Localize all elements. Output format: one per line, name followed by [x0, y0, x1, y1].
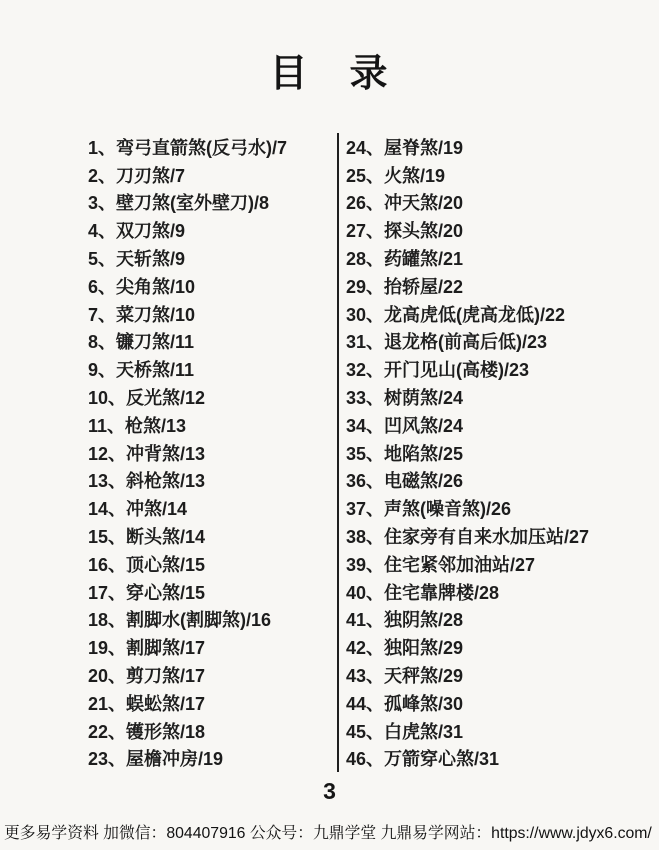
toc-entry: 42、独阳煞/29 [346, 633, 659, 661]
toc-entry: 25、火煞/19 [346, 161, 659, 189]
toc-entry: 24、屋脊煞/19 [346, 133, 659, 161]
toc-entry: 43、天秤煞/29 [346, 661, 659, 689]
toc-entry: 11、枪煞/13 [88, 411, 337, 439]
toc-entry: 13、斜枪煞/13 [88, 467, 337, 495]
toc-entry: 16、顶心煞/15 [88, 550, 337, 578]
toc-entry: 8、镰刀煞/11 [88, 328, 337, 356]
toc-entry: 33、树荫煞/24 [346, 383, 659, 411]
toc-entry: 6、尖角煞/10 [88, 272, 337, 300]
toc-entry: 46、万箭穿心煞/31 [346, 745, 659, 773]
toc-entry: 37、声煞(噪音煞)/26 [346, 494, 659, 522]
toc-entry: 38、住家旁有自来水加压站/27 [346, 522, 659, 550]
toc-entry: 41、独阴煞/28 [346, 606, 659, 634]
toc-entry: 15、断头煞/14 [88, 522, 337, 550]
toc-entry: 7、菜刀煞/10 [88, 300, 337, 328]
toc-entry: 14、冲煞/14 [88, 494, 337, 522]
toc-entry: 31、退龙格(前高后低)/23 [346, 328, 659, 356]
toc-entry: 10、反光煞/12 [88, 383, 337, 411]
toc-entry: 2、刀刃煞/7 [88, 161, 337, 189]
table-of-contents: 1、弯弓直箭煞(反弓水)/7 2、刀刃煞/7 3、壁刀煞(室外壁刀)/8 4、双… [0, 133, 659, 772]
toc-entry: 29、抬轿屋/22 [346, 272, 659, 300]
toc-entry: 27、探头煞/20 [346, 216, 659, 244]
toc-entry: 39、住宅紧邻加油站/27 [346, 550, 659, 578]
toc-entry: 40、住宅靠牌楼/28 [346, 578, 659, 606]
toc-entry: 28、药罐煞/21 [346, 244, 659, 272]
toc-entry: 20、剪刀煞/17 [88, 661, 337, 689]
toc-entry: 1、弯弓直箭煞(反弓水)/7 [88, 133, 337, 161]
toc-entry: 23、屋檐冲房/19 [88, 745, 337, 773]
toc-entry: 21、蜈蚣煞/17 [88, 689, 337, 717]
toc-entry: 3、壁刀煞(室外壁刀)/8 [88, 189, 337, 217]
page-title: 目 录 [0, 0, 659, 97]
toc-entry: 18、割脚水(割脚煞)/16 [88, 606, 337, 634]
toc-entry: 12、冲背煞/13 [88, 439, 337, 467]
toc-entry: 5、天斩煞/9 [88, 244, 337, 272]
toc-entry: 32、开门见山(高楼)/23 [346, 355, 659, 383]
toc-entry: 9、天桥煞/11 [88, 355, 337, 383]
page-number: 3 [0, 778, 659, 805]
toc-entry: 36、电磁煞/26 [346, 467, 659, 495]
toc-right-column: 24、屋脊煞/19 25、火煞/19 26、冲天煞/20 27、探头煞/20 2… [346, 133, 659, 772]
toc-entry: 26、冲天煞/20 [346, 189, 659, 217]
toc-entry: 19、割脚煞/17 [88, 633, 337, 661]
toc-entry: 44、孤峰煞/30 [346, 689, 659, 717]
toc-left-column: 1、弯弓直箭煞(反弓水)/7 2、刀刃煞/7 3、壁刀煞(室外壁刀)/8 4、双… [88, 133, 337, 772]
toc-entry: 45、白虎煞/31 [346, 717, 659, 745]
footer-text: 更多易学资料 加微信：804407916 公众号：九鼎学堂 九鼎易学网站：htt… [4, 820, 659, 843]
toc-entry: 30、龙高虎低(虎高龙低)/22 [346, 300, 659, 328]
toc-entry: 4、双刀煞/9 [88, 216, 337, 244]
toc-entry: 35、地陷煞/25 [346, 439, 659, 467]
toc-entry: 34、凹风煞/24 [346, 411, 659, 439]
toc-entry: 17、穿心煞/15 [88, 578, 337, 606]
column-divider [337, 133, 339, 772]
toc-entry: 22、镬形煞/18 [88, 717, 337, 745]
